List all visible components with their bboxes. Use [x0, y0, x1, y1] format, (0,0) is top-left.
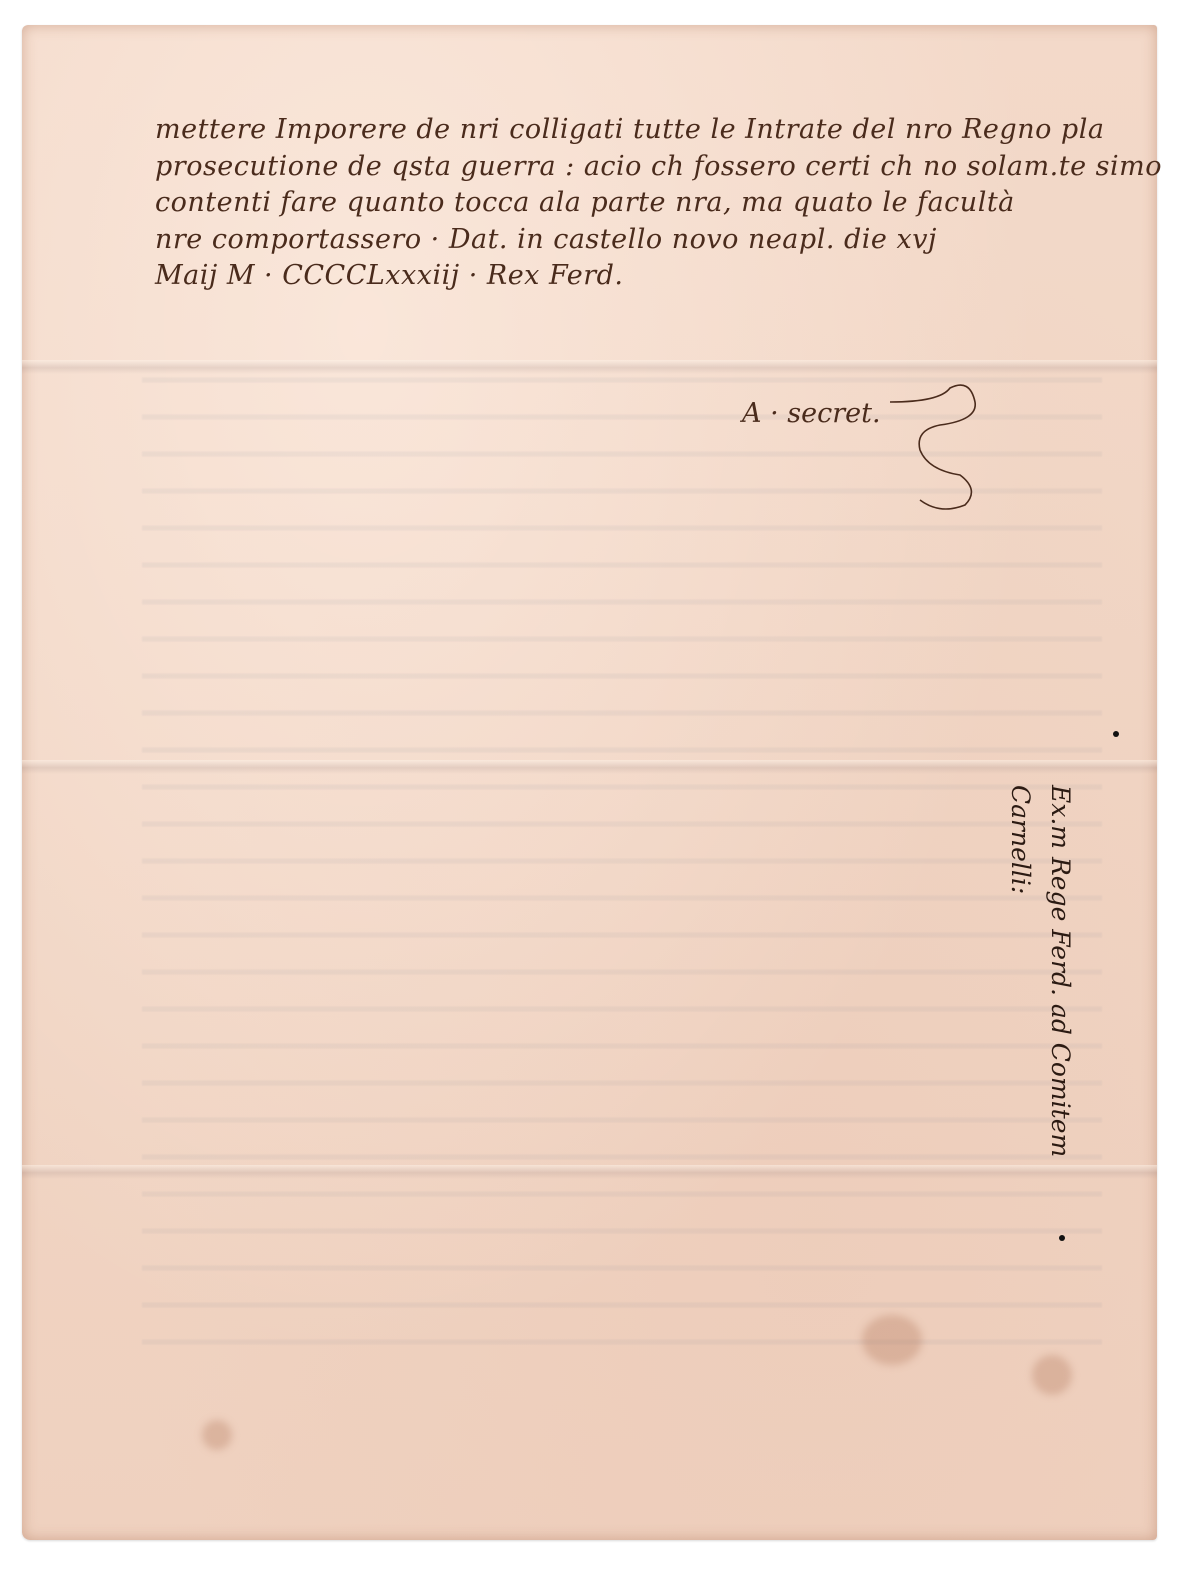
- text-line: contenti fare quanto tocca ala parte nra…: [155, 185, 1095, 222]
- secretary-signature: A · secret.: [742, 398, 881, 429]
- letter-body: mettere Imporere de nri colligati tutte …: [155, 112, 1095, 295]
- text-line: nre comportassero · Dat. in castello nov…: [155, 222, 1095, 259]
- endorsement-line: Ex.m Rege Ferd. ad Comitem: [1040, 785, 1080, 1157]
- signature-flourish-icon: [880, 380, 990, 520]
- stain: [1032, 1355, 1072, 1395]
- ink-dot: [1059, 1235, 1065, 1241]
- endorsement-note: Ex.m Rege Ferd. ad Comitem Carnelli:: [1000, 785, 1080, 1157]
- text-line: mettere Imporere de nri colligati tutte …: [155, 112, 1095, 149]
- text-line: prosecutione de qsta guerra : acio ch fo…: [155, 149, 1095, 186]
- text-line: Maij M · CCCCLxxxiij · Rex Ferd.: [155, 258, 1095, 295]
- endorsement-line: Carnelli:: [1000, 785, 1040, 1157]
- stain: [202, 1420, 232, 1450]
- stain: [862, 1315, 922, 1365]
- ink-dot: [1113, 731, 1119, 737]
